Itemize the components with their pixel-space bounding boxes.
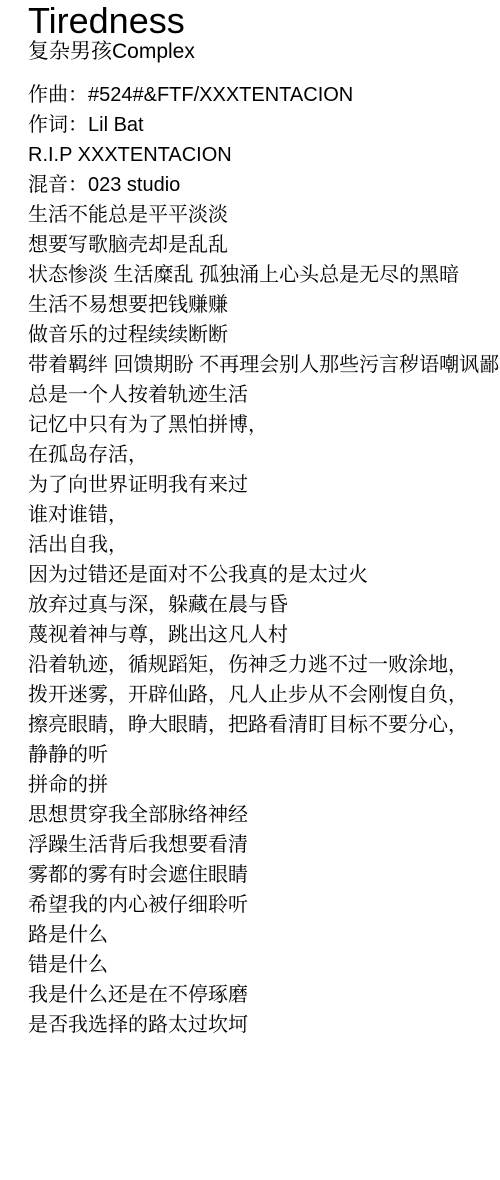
lyric-line: 浮躁生活背后我想要看清 xyxy=(28,830,500,860)
lyric-line: 雾都的雾有时会遮住眼睛 xyxy=(28,860,500,890)
lyric-line: 拨开迷雾，开辟仙路，凡人止步从不会刚愎自负， xyxy=(28,680,500,710)
lyric-line: 希望我的内心被仔细聆听 xyxy=(28,890,500,920)
song-title: Tiredness xyxy=(28,2,500,40)
lyric-line: 谁对谁错， xyxy=(28,500,500,530)
lyric-line: 是否我选择的路太过坎坷 xyxy=(28,1010,500,1040)
lyric-line: 错是什么 xyxy=(28,950,500,980)
lyric-line: 思想贯穿我全部脉络神经 xyxy=(28,800,500,830)
lyric-line: 沿着轨迹，循规蹈矩，伤神乏力逃不过一败涂地， xyxy=(28,650,500,680)
lyric-line: 放弃过真与深，躲藏在晨与昏 xyxy=(28,590,500,620)
lyric-line: 在孤岛存活， xyxy=(28,440,500,470)
lyric-line: 想要写歌脑壳却是乱乱 xyxy=(28,230,500,260)
lyric-line: 总是一个人按着轨迹生活 xyxy=(28,380,500,410)
lyric-line: 蔑视着神与尊，跳出这凡人村 xyxy=(28,620,500,650)
lyric-line: 路是什么 xyxy=(28,920,500,950)
lyric-line: 做音乐的过程续续断断 xyxy=(28,320,500,350)
lyric-line: 我是什么还是在不停琢磨 xyxy=(28,980,500,1010)
lyrics-body: 作曲：#524#&FTF/XXXTENTACION作词：Lil BatR.I.P… xyxy=(28,80,500,1040)
lyric-line: 生活不能总是平平淡淡 xyxy=(28,200,500,230)
credit-line: 作曲：#524#&FTF/XXXTENTACION xyxy=(28,80,500,110)
lyric-line: 静静的听 xyxy=(28,740,500,770)
lyric-line: 擦亮眼睛，睁大眼睛，把路看清盯目标不要分心， xyxy=(28,710,500,740)
lyric-line: 记忆中只有为了黑怕拼博， xyxy=(28,410,500,440)
lyric-line: 因为过错还是面对不公我真的是太过火 xyxy=(28,560,500,590)
lyric-line: 拼命的拼 xyxy=(28,770,500,800)
credit-line: R.I.P XXXTENTACION xyxy=(28,140,500,170)
artist-name: 复杂男孩Complex xyxy=(28,40,500,64)
lyrics-page: Tiredness 复杂男孩Complex 作曲：#524#&FTF/XXXTE… xyxy=(0,0,500,1040)
lyrics-block: 生活不能总是平平淡淡想要写歌脑壳却是乱乱状态惨淡 生活糜乱 孤独涌上心头总是无尽… xyxy=(28,200,500,1040)
lyric-line: 为了向世界证明我有来过 xyxy=(28,470,500,500)
credit-line: 混音：023 studio xyxy=(28,170,500,200)
credit-line: 作词：Lil Bat xyxy=(28,110,500,140)
lyric-line: 带着羁绊 回馈期盼 不再理会别人那些污言秽语嘲讽鄙夷 xyxy=(28,350,500,380)
credits-block: 作曲：#524#&FTF/XXXTENTACION作词：Lil BatR.I.P… xyxy=(28,80,500,200)
lyric-line: 活出自我， xyxy=(28,530,500,560)
lyric-line: 状态惨淡 生活糜乱 孤独涌上心头总是无尽的黑暗 xyxy=(28,260,500,290)
lyric-line: 生活不易想要把钱赚赚 xyxy=(28,290,500,320)
